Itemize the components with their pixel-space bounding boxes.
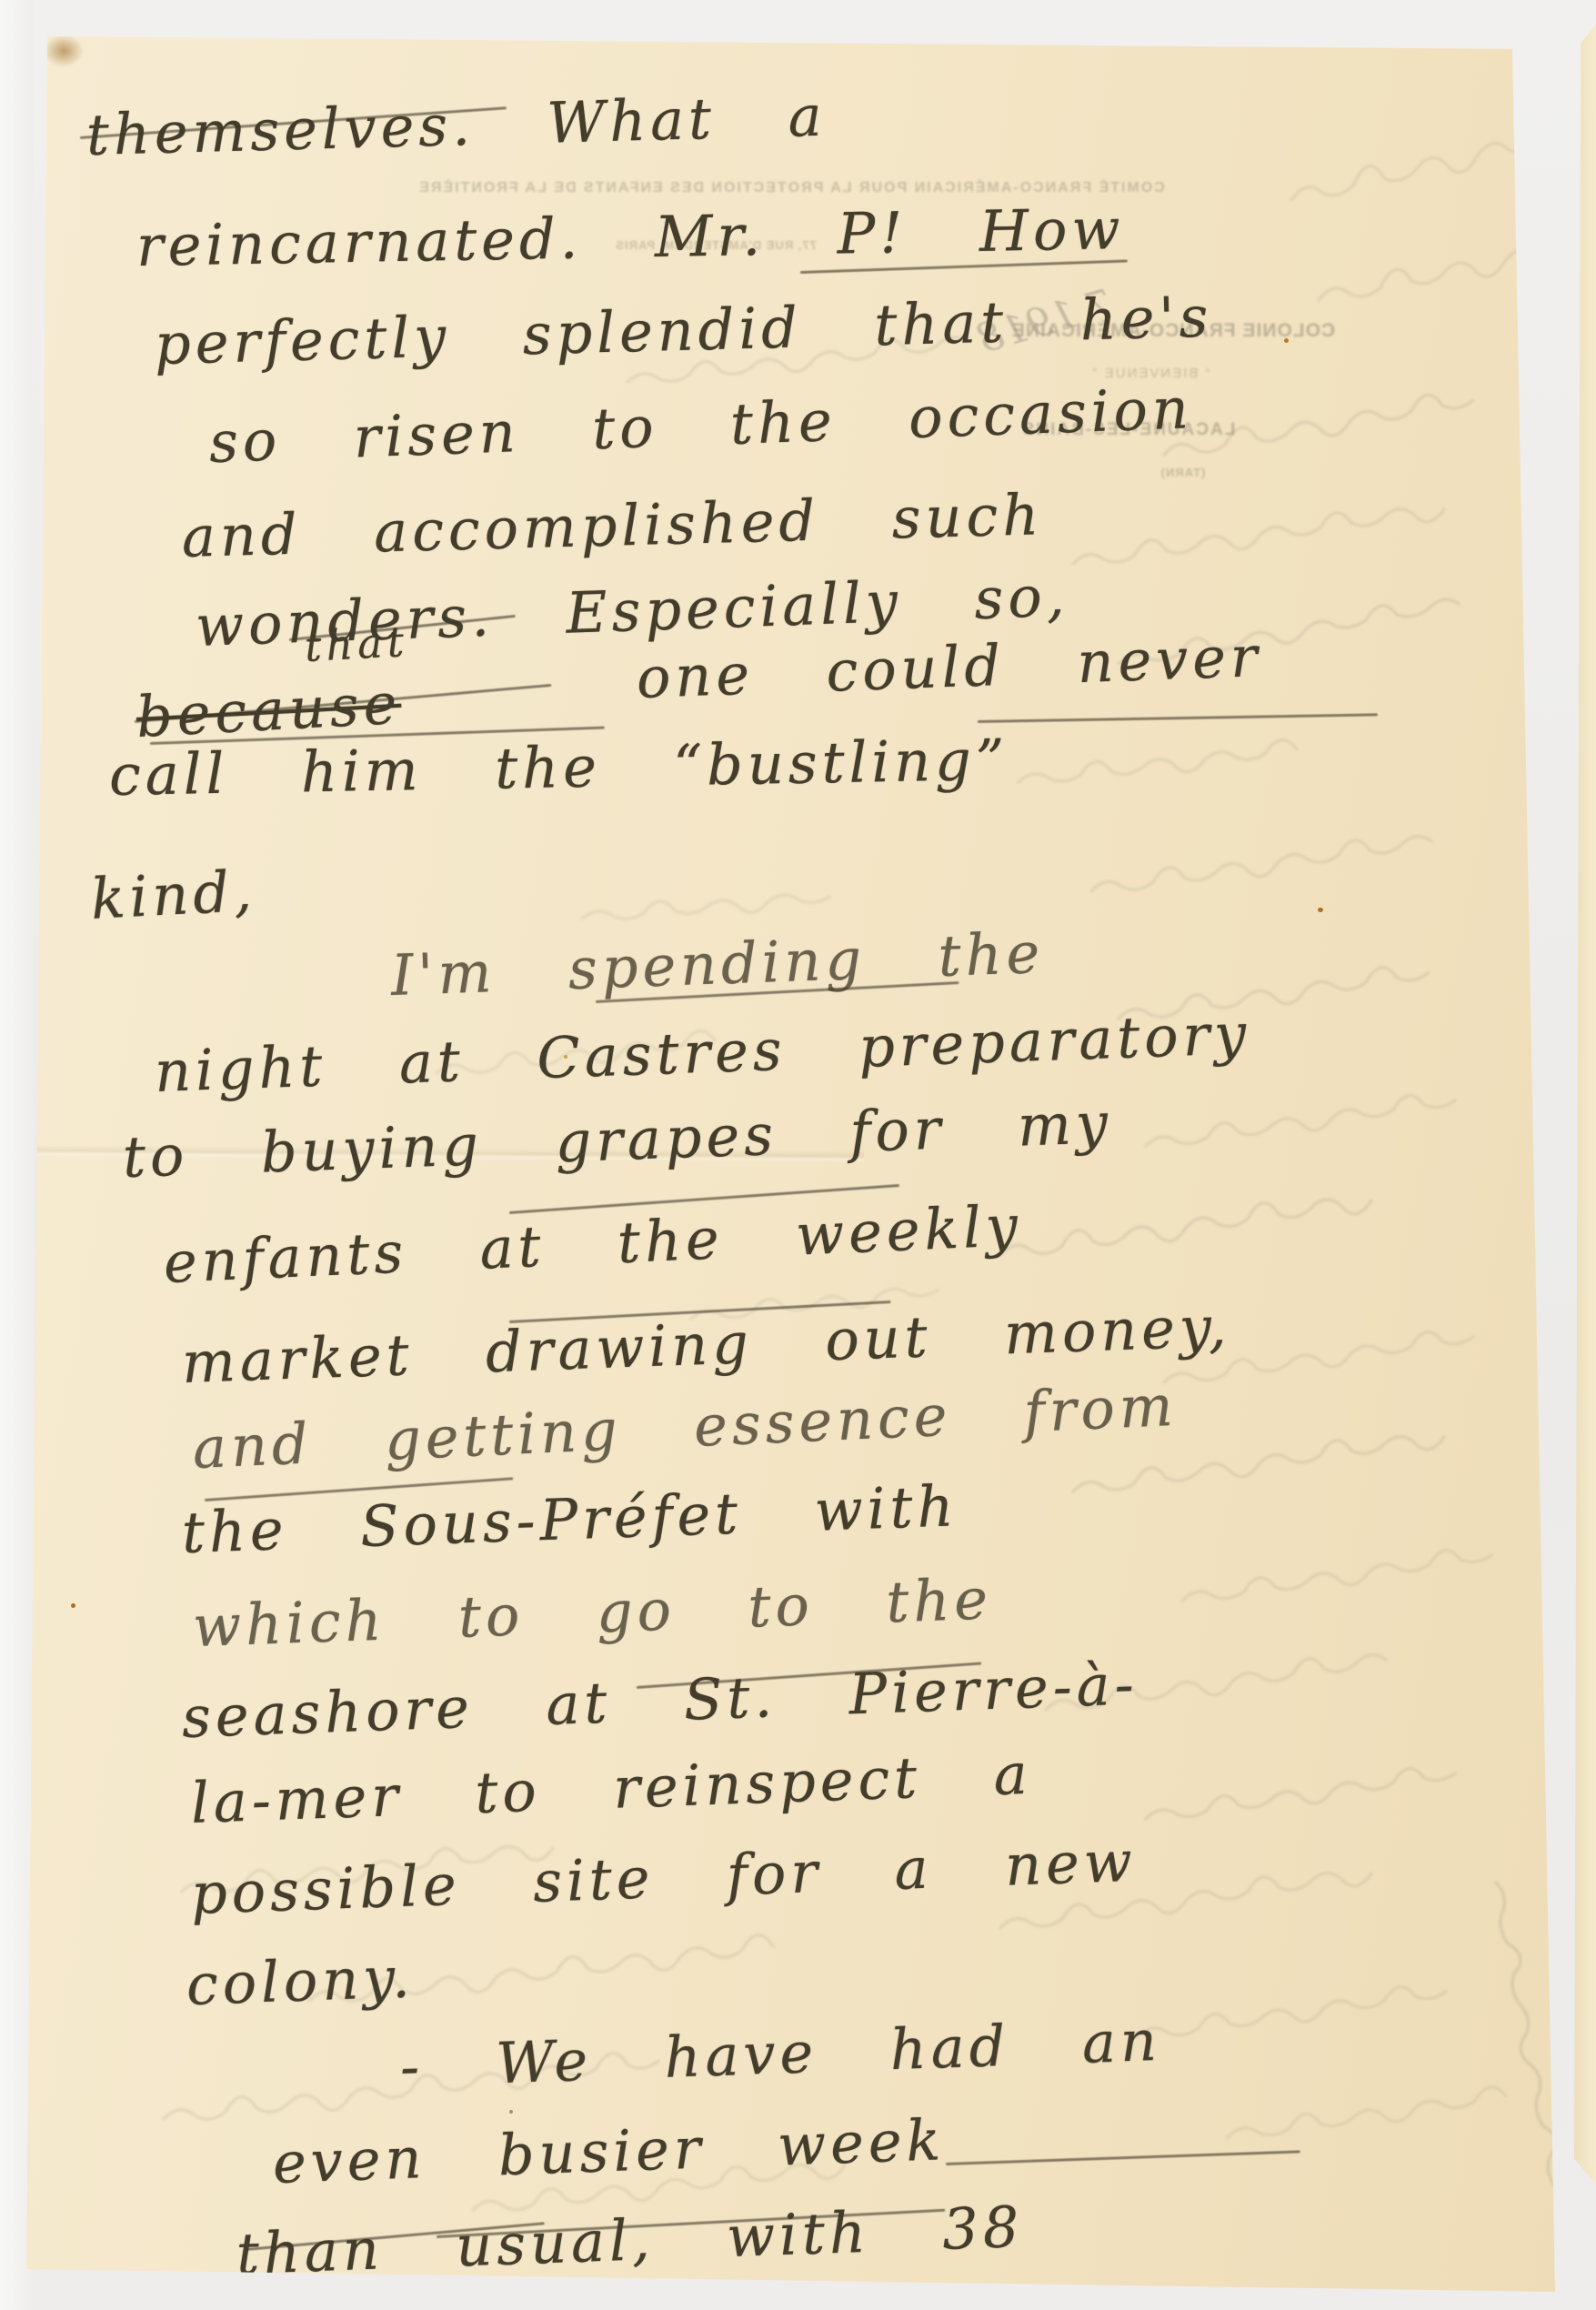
age-speck	[1284, 338, 1289, 343]
age-speck	[1318, 908, 1323, 912]
ghost-letterhead-committee: COMITÉ FRANCO-AMÉRICAIN POUR LA PROTECTI…	[300, 180, 1282, 196]
ghost-letterhead-tarn: (TARN)	[1139, 466, 1226, 479]
handwriting-line: reincarnated. Mr. P! How	[136, 201, 1124, 275]
handwriting-line: kind,	[89, 863, 257, 928]
handwriting-line: call him the “bustling”	[108, 732, 1009, 804]
age-speck	[509, 2110, 513, 2114]
scan-background: { "colors": { "paper": "#f3e5c5", "ink":…	[0, 0, 1596, 2310]
age-speck	[71, 1603, 75, 1608]
age-speck	[564, 1055, 567, 1059]
scan-margin-strip	[0, 0, 33, 2310]
letter-page: COMITÉ FRANCO-AMÉRICAIN POUR LA PROTECTI…	[0, 0, 1596, 2310]
handwriting-line: colony.	[186, 1949, 416, 2014]
adjacent-page-edge	[1574, 24, 1596, 2184]
